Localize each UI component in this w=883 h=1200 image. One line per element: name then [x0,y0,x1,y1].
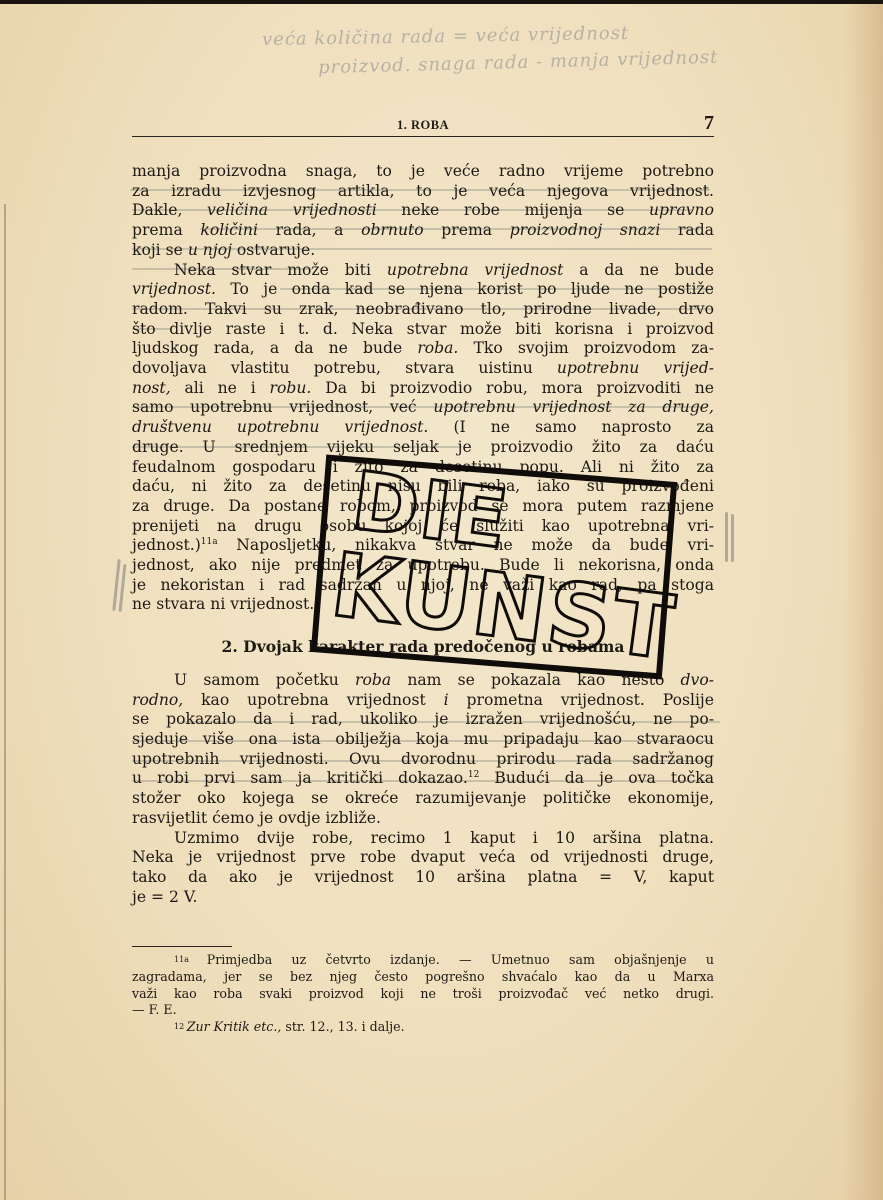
footnote-marker: 11a [174,955,207,964]
text-line: se pokazalo da i rad, ukoliko je izražen… [132,710,714,730]
text-line: koji se u njoj ostvaruje. [132,241,714,261]
text-line: Neka stvar može biti upotrebna vrijednos… [132,261,714,281]
footnote-line: zagradama, jer se bez njeg često pogrešn… [132,969,714,986]
text-line: dovoljava vlastitu potrebu, stvara uisti… [132,359,714,379]
paragraph-3: U samom početku roba nam se pokazala kao… [132,671,714,829]
pencil-margin-mark-right [725,512,728,562]
text-line: vrijednost. To je onda kad se njena kori… [132,280,714,300]
text-line: tako da ako je vrijednost 10 aršina plat… [132,868,714,888]
text-line: ljudskog rada, a da ne bude roba. Tko sv… [132,339,714,359]
die-kunst-stamp: DIE KUNST [311,454,677,679]
pencil-margin-mark-right-2 [731,514,734,562]
footnote-line: 11a Primjedba uz četvrto izdanje. — Umet… [132,952,714,969]
text-line: nost, ali ne i robu. Da bi proizvodio ro… [132,379,714,399]
footnote-line: 12 Zur Kritik etc., str. 12., 13. i dalj… [132,1019,714,1036]
running-head: 1. ROBA [132,118,714,133]
text-line: je = 2 V. [132,888,714,908]
page-gutter-edge [4,204,6,1200]
text-line: prema količini rada, a obrnuto prema pro… [132,221,714,241]
text-line: Neka je vrijednost prve robe dvaput veća… [132,848,714,868]
text-line: radom. Takvi su zrak, neobrađivano tlo, … [132,300,714,320]
page-number: 7 [704,112,714,135]
stamp-text-kunst: KUNST [327,541,681,673]
text-line: samo upotrebnu vrijednost, već upotrebnu… [132,398,714,418]
book-page: veća količina rada = veća vrijednost pro… [0,4,883,1200]
text-line: u robi prvi sam ja kritički dokazao.12 B… [132,769,714,789]
handwritten-note-line-2: proizvod. snaga rada - manja vrijednost [318,47,719,78]
handwritten-note-line-1: veća količina rada = veća vrijednost [262,23,629,50]
text-line: manja proizvodna snaga, to je veće radno… [132,162,714,182]
footnote-marker: 12 [174,1022,187,1031]
text-line: rasvijetlit ćemo je ovdje izbliže. [132,809,714,829]
pencil-margin-mark-left-2 [118,564,126,612]
text-line: što divlje raste i t. d. Neka stvar može… [132,320,714,340]
text-line: rodno, kao upotrebna vrijednost i promet… [132,691,714,711]
footnote-line: — F. E. [132,1002,714,1019]
text-line: sjeduje više ona ista obilježja koja mu … [132,730,714,750]
footnote-divider [132,946,232,947]
text-line: društvenu upotrebnu vrijednost. (I ne sa… [132,418,714,438]
text-line: za izradu izvjesnog artikla, to je veća … [132,182,714,202]
footnote-line: važi kao roba svaki proizvod koji ne tro… [132,986,714,1003]
text-line: Uzmimo dvije robe, recimo 1 kaput i 10 a… [132,829,714,849]
text-line: druge. U srednjem vijeku seljak je proiz… [132,438,714,458]
page-header: 1. ROBA 7 [132,112,714,137]
footnotes: 11a Primjedba uz četvrto izdanje. — Umet… [132,952,714,1036]
paragraph-1: manja proizvodna snaga, to je veće radno… [132,162,714,261]
text-line: upotrebnih vrijednosti. Ovu dvorodnu pri… [132,750,714,770]
text-line: stožer oko kojega se okreće razumijevanj… [132,789,714,809]
text-line: Dakle, veličina vrijednosti neke robe mi… [132,201,714,221]
paragraph-4: Uzmimo dvije robe, recimo 1 kaput i 10 a… [132,829,714,908]
